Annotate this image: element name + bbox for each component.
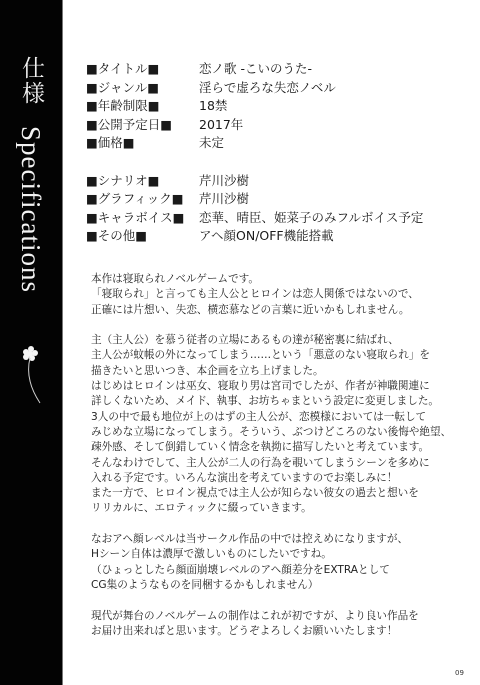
- text-line: そんなわけでして、主人公が二人の行為を覗いてしまうシーンを多めに: [91, 456, 451, 471]
- sidebar: 仕様Specifications: [0, 0, 63, 685]
- text-line: なおアヘ顔レベルは当サークル作品の中では控えめになりますが、: [91, 532, 451, 547]
- flower-icon: [18, 345, 48, 405]
- spec-label: ■タイトル■: [86, 60, 199, 79]
- spec-value: 恋ノ歌 -こいのうた-: [199, 60, 312, 79]
- text-line: 主人公が蚊帳の外になってしまう……という「悪意のない寝取られ」を: [91, 348, 451, 363]
- text-line: 主（主人公）を慕う従者の立場にあるもの達が秘密裏に結ばれ、: [91, 333, 451, 348]
- text-line: みじめな立場になってしまう。そういう、ぶつけどころのない後悔や絶望、: [91, 425, 451, 440]
- spec-label: ■公開予定日■: [86, 116, 199, 135]
- spec-label: ■シナリオ■: [86, 172, 199, 191]
- spec-value: 2017年: [199, 116, 243, 135]
- text-line: リリカルに、エロティックに綴っていきます。: [91, 501, 451, 516]
- paragraph: 本作は寝取られノベルゲームです。「寝取られ」と言っても主人公とヒロインは恋人関係…: [91, 272, 451, 318]
- spec-group-gap: [86, 153, 423, 172]
- text-line: 本作は寝取られノベルゲームです。: [91, 272, 451, 287]
- spec-label: ■ジャンル■: [86, 79, 199, 98]
- text-line: Hシーン自体は濃厚で激しいものにしたいですね。: [91, 547, 451, 562]
- page-number: 09: [455, 669, 464, 677]
- spec-row: ■ジャンル■淫らで虚ろな失恋ノベル: [86, 79, 423, 98]
- spec-row: ■年齢制限■18禁: [86, 97, 423, 116]
- text-line: （ひょっとしたら顔面崩壊レベルのアヘ顔差分をEXTRAとして: [91, 563, 451, 578]
- text-line: お届け出来ればと思います。どうぞよろしくお願いいたします！: [91, 624, 451, 639]
- spec-row: ■その他■アヘ顔ON/OFF機能搭載: [86, 227, 423, 246]
- paragraph-gap: [91, 318, 451, 333]
- text-line: 現代が舞台のノベルゲームの制作はこれが初ですが、より良い作品を: [91, 609, 451, 624]
- text-line: 3人の中で最も地位が上のはずの主人公が、恋模様においては一転して: [91, 410, 451, 425]
- spec-row: ■タイトル■恋ノ歌 -こいのうた-: [86, 60, 423, 79]
- spec-row: ■グラフィック■芹川沙樹: [86, 190, 423, 209]
- spec-row: ■価格■未定: [86, 134, 423, 153]
- spec-value: 18禁: [199, 97, 227, 116]
- spec-row: ■公開予定日■2017年: [86, 116, 423, 135]
- section-title-en: Specifications: [16, 126, 46, 293]
- text-line: はじめはヒロインは巫女、寝取り男は宮司でしたが、作者が神職関連に: [91, 379, 451, 394]
- text-line: 描きたいと思いつき、本企画を立ち上げました。: [91, 364, 451, 379]
- text-line: 疎外感、そして倒錯していく情念を執拗に描写したいと考えています。: [91, 440, 451, 455]
- text-line: 正確には片想い、失恋、横恋慕などの言葉に近いかもしれません。: [91, 303, 451, 318]
- paragraph: なおアヘ顔レベルは当サークル作品の中では控えめになりますが、Hシーン自体は濃厚で…: [91, 532, 451, 593]
- text-line: 「寝取られ」と言っても主人公とヒロインは恋人関係ではないので、: [91, 287, 451, 302]
- spec-value: アヘ顔ON/OFF機能搭載: [199, 227, 334, 246]
- text-line: また一方で、ヒロイン視点では主人公が知らない彼女の過去と想いを: [91, 486, 451, 501]
- spec-value: 芹川沙樹: [199, 172, 249, 191]
- paragraph: 現代が舞台のノベルゲームの制作はこれが初ですが、より良い作品をお届け出来ればと思…: [91, 609, 451, 640]
- spec-value: 芹川沙樹: [199, 190, 249, 209]
- spec-value: 淫らで虚ろな失恋ノベル: [199, 79, 336, 98]
- section-title: 仕様Specifications: [14, 56, 48, 293]
- paragraph: 主（主人公）を慕う従者の立場にあるもの達が秘密裏に結ばれ、主人公が蚊帳の外になっ…: [91, 333, 451, 517]
- spec-label: ■キャラボイス■: [86, 209, 199, 228]
- spec-label: ■グラフィック■: [86, 190, 199, 209]
- spec-row: ■シナリオ■芹川沙樹: [86, 172, 423, 191]
- spec-label: ■価格■: [86, 134, 199, 153]
- spec-list: ■タイトル■恋ノ歌 -こいのうた-■ジャンル■淫らで虚ろな失恋ノベル■年齢制限■…: [86, 60, 423, 246]
- paragraph-gap: [91, 593, 451, 608]
- text-line: 詳しくないため、メイド、執事、お坊ちゃまという設定に変更しました。: [91, 394, 451, 409]
- spec-value: 恋華、晴臣、姫菜子のみフルボイス予定: [199, 209, 423, 228]
- spec-label: ■その他■: [86, 227, 199, 246]
- text-line: CG集のようなものを同梱するかもしれません）: [91, 578, 451, 593]
- text-line: 入れる予定です。いろんな演出を考えていますのでお楽しみに！: [91, 471, 451, 486]
- description-body: 本作は寝取られノベルゲームです。「寝取られ」と言っても主人公とヒロインは恋人関係…: [91, 272, 451, 639]
- paragraph-gap: [91, 517, 451, 532]
- spec-row: ■キャラボイス■恋華、晴臣、姫菜子のみフルボイス予定: [86, 209, 423, 228]
- section-title-jp: 仕様: [18, 56, 44, 106]
- spec-label: ■年齢制限■: [86, 97, 199, 116]
- spec-value: 未定: [199, 134, 224, 153]
